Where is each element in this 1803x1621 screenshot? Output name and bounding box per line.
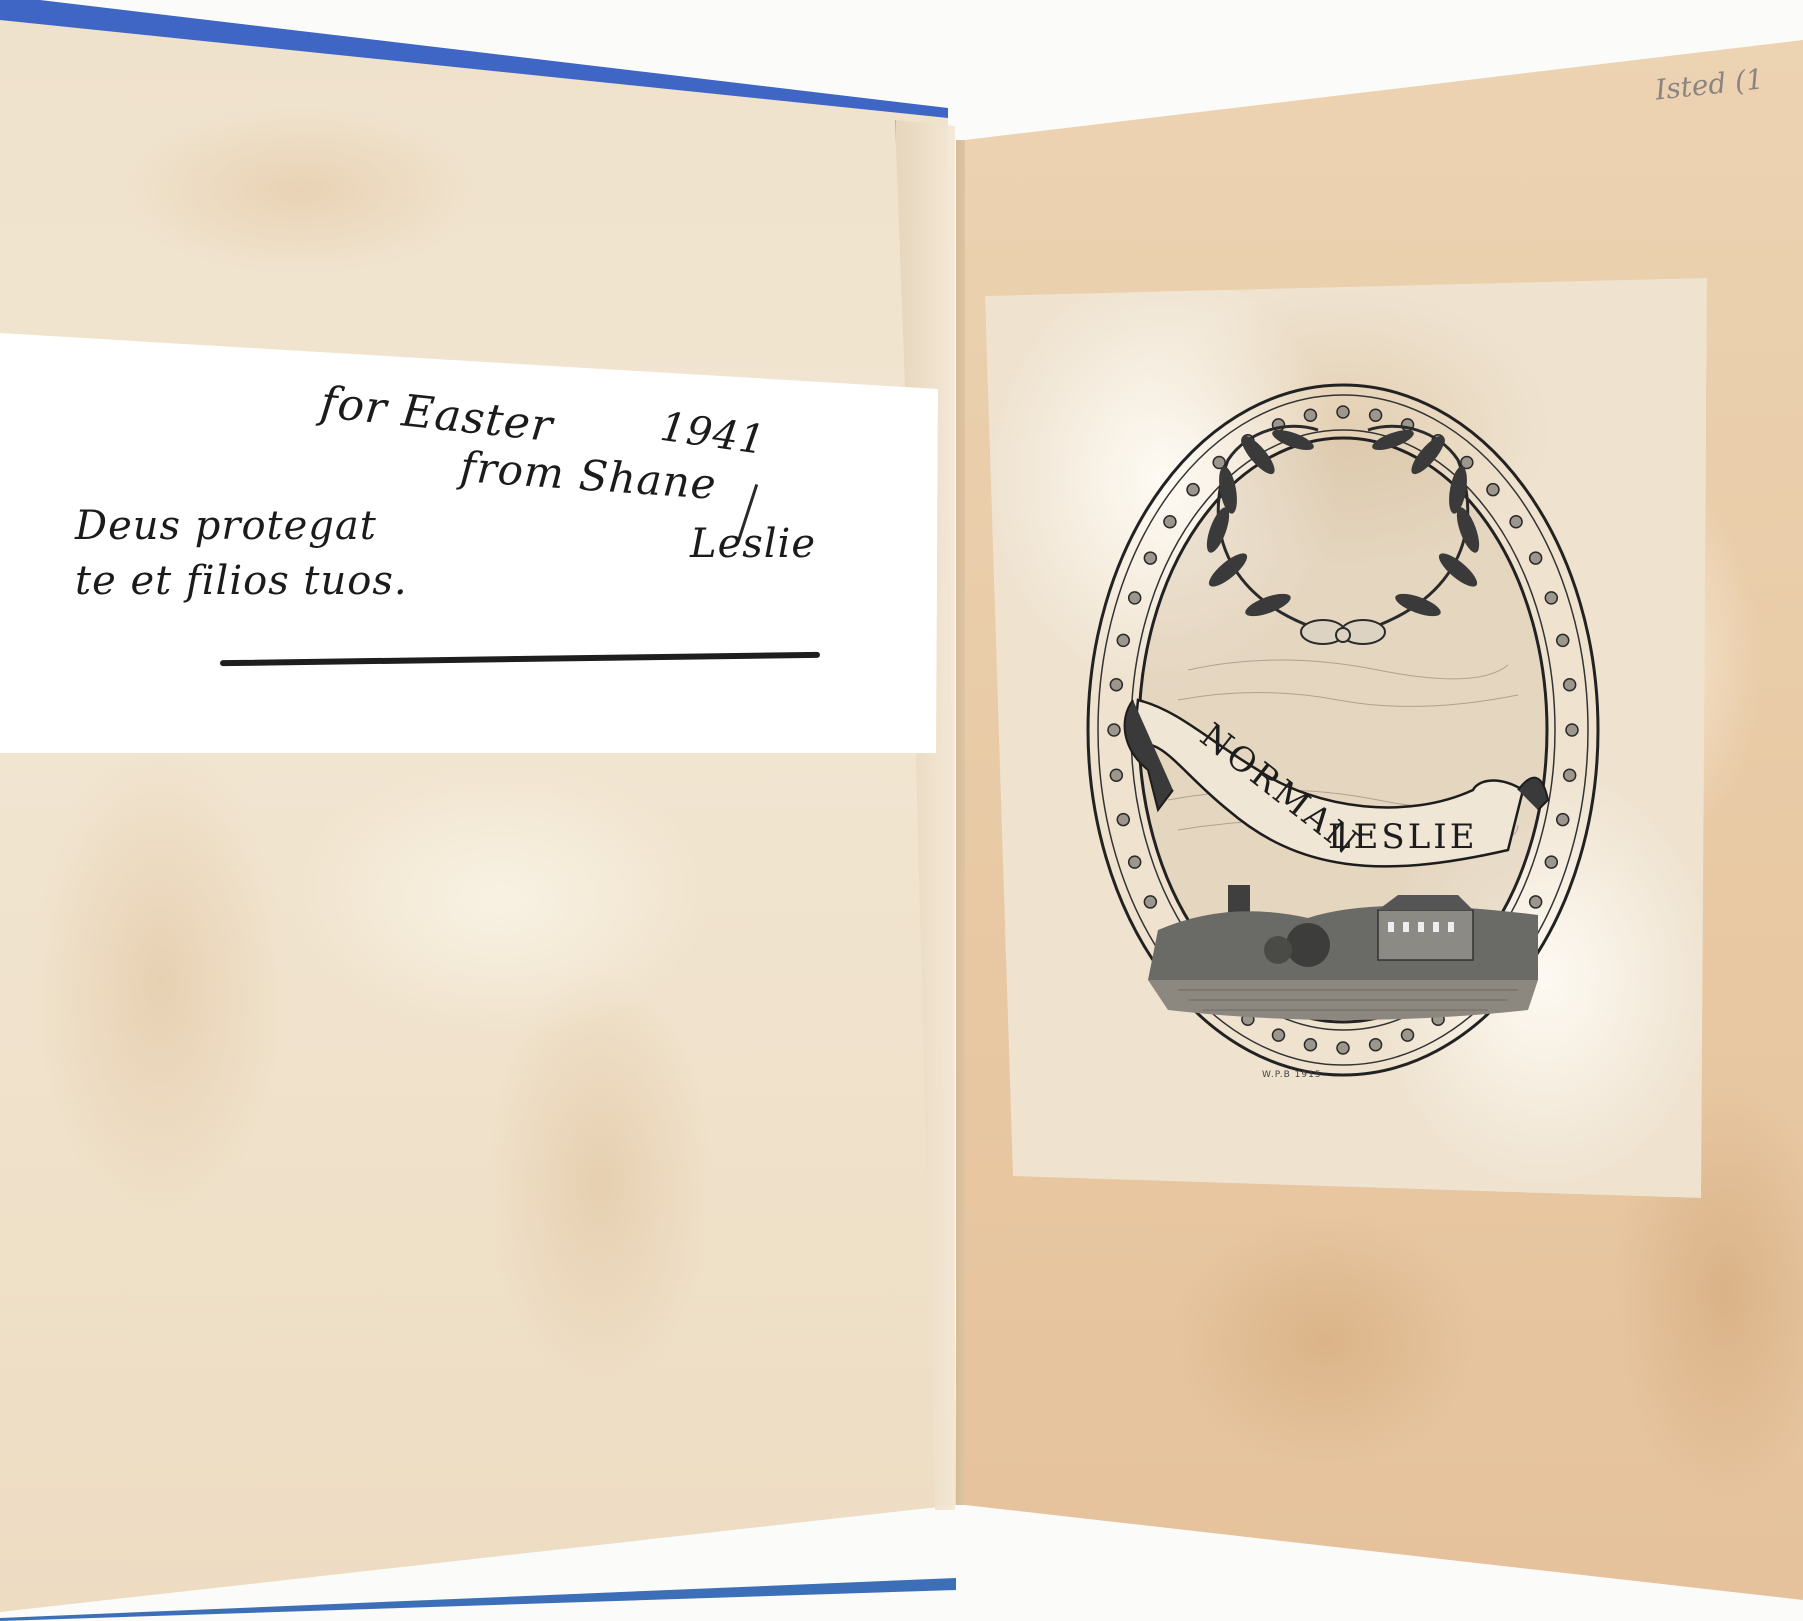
manor-house-icon <box>1378 910 1473 960</box>
engraver-mark: W.P.B 1915 <box>1262 1070 1322 1080</box>
bookplate-medallion: NORMAN LESLIE <box>1078 370 1608 1090</box>
inscription-signature: Leslie <box>690 521 816 567</box>
inscription-line-3: Deus protegat <box>75 503 377 549</box>
inscription-year: 1941 <box>657 404 768 464</box>
front-pastedown <box>0 0 960 1621</box>
bookplate-name-last: LESLIE <box>1328 817 1478 857</box>
tree-icon <box>1286 923 1330 967</box>
inscription-line-1: for Easter <box>318 377 556 452</box>
inscription-line-4: te et filios tuos. <box>75 558 408 604</box>
book-photo: for Easter 1941 from Shane Deus protegat… <box>0 0 1803 1621</box>
inscription-card: for Easter 1941 from Shane Deus protegat… <box>0 333 938 753</box>
ink-underline <box>220 652 820 666</box>
